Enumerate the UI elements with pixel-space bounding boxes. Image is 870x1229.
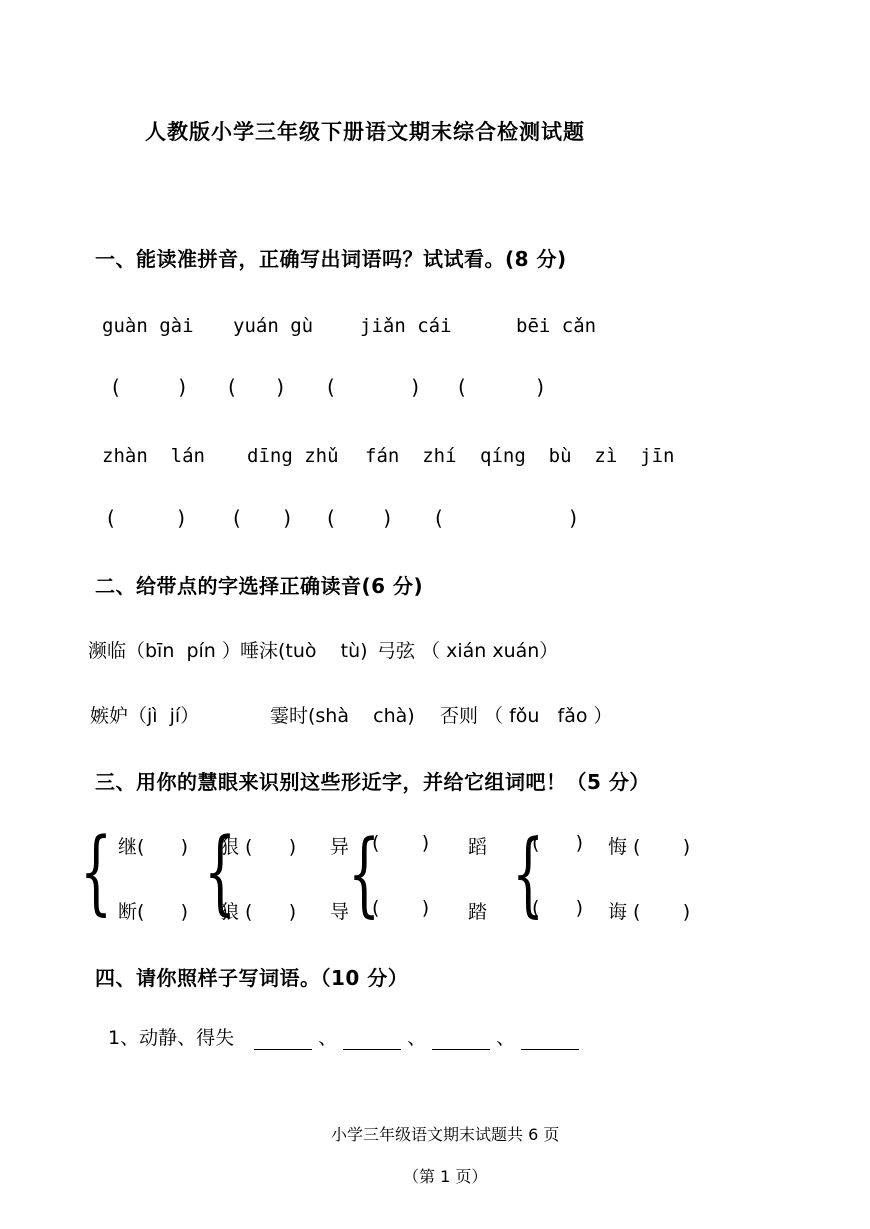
close-paren: ) bbox=[276, 375, 284, 399]
phonetic-choice: 濒临（bīn pín ） bbox=[88, 636, 241, 663]
answer-blank: ( ) bbox=[435, 506, 577, 530]
close-paren: ) bbox=[383, 506, 391, 530]
close-paren: ) bbox=[411, 375, 419, 399]
compare-char-parens: ( ) bbox=[532, 897, 583, 919]
compare-char: 踏 bbox=[468, 897, 487, 924]
open-paren: ( bbox=[458, 375, 466, 399]
pinyin-word: qíng bù zì jīn bbox=[480, 445, 674, 467]
open-paren: ( bbox=[327, 375, 335, 399]
brace-icon: { bbox=[80, 826, 112, 918]
write-words-line: 1、动静、得失 、 、 、 bbox=[108, 1024, 585, 1050]
open-paren: ( bbox=[107, 506, 115, 530]
phonetic-choice: 否则 （ fǒu fǎo ） bbox=[440, 701, 613, 728]
section2-heading: 二、给带点的字选择正确读音(6 分) bbox=[95, 570, 423, 599]
open-paren: ( bbox=[228, 375, 236, 399]
compare-char-cell: 断( ) bbox=[118, 897, 188, 924]
close-paren: ) bbox=[569, 506, 577, 530]
open-paren: ( bbox=[327, 506, 335, 530]
close-paren: ) bbox=[177, 506, 185, 530]
exam-page: 人教版小学三年级下册语文期末综合检测试题 一、能读准拼音，正确写出词语吗？试试看… bbox=[0, 0, 870, 1229]
answer-underline bbox=[343, 1029, 401, 1050]
section1-heading: 一、能读准拼音，正确写出词语吗？试试看。(8 分) bbox=[95, 243, 567, 272]
phonetic-choice: 霎时(shà chà) bbox=[270, 701, 415, 728]
pinyin-word: bēi cǎn bbox=[516, 315, 596, 337]
compare-char-cell: 诲 ( ) bbox=[608, 897, 690, 924]
list-separator: 、 bbox=[318, 1023, 337, 1050]
compare-char-cell: 狠 ( ) bbox=[220, 832, 296, 859]
close-paren: ) bbox=[536, 375, 544, 399]
answer-blank: ( ) bbox=[233, 506, 291, 530]
pinyin-word: jiǎn cái bbox=[360, 315, 452, 337]
answer-underline bbox=[432, 1029, 490, 1050]
compare-char-parens: ( ) bbox=[372, 832, 429, 854]
pinyin-word: dīng zhǔ bbox=[247, 445, 339, 467]
compare-char-cell: 继( ) bbox=[118, 832, 188, 859]
pinyin-word: guàn gài bbox=[102, 315, 194, 337]
answer-blank: ( ) bbox=[107, 506, 185, 530]
open-paren: ( bbox=[233, 506, 241, 530]
compare-char-parens: ( ) bbox=[372, 897, 429, 919]
section3-heading: 三、用你的慧眼来识别这些形近字，并给它组词吧！（5 分） bbox=[95, 766, 650, 795]
answer-underline bbox=[521, 1029, 579, 1050]
answer-blank: ( ) bbox=[327, 375, 419, 399]
open-paren: ( bbox=[435, 506, 443, 530]
close-paren: ) bbox=[178, 375, 186, 399]
open-paren: ( bbox=[112, 375, 120, 399]
answer-underline bbox=[254, 1029, 312, 1050]
page-footer: 小学三年级语文期末试题共 6 页 （第 1 页） bbox=[0, 1103, 870, 1206]
answer-blank: ( ) bbox=[112, 375, 186, 399]
answer-blank: ( ) bbox=[327, 506, 391, 530]
phonetic-choice: 弓弦 （ xián xuán） bbox=[377, 636, 558, 663]
footer-doc-info: 小学三年级语文期末试题共 6 页 bbox=[331, 1125, 559, 1144]
write-words-label: 1、动静、得失 bbox=[108, 1023, 234, 1050]
compare-char: 蹈 bbox=[468, 832, 487, 859]
answer-blank: ( ) bbox=[228, 375, 284, 399]
answer-blank: ( ) bbox=[458, 375, 544, 399]
compare-char: 导 bbox=[330, 897, 349, 924]
compare-char-cell: 狼 ( ) bbox=[220, 897, 296, 924]
phonetic-choice: 唾沫(tuò tù) bbox=[240, 636, 368, 663]
pinyin-word: yuán gù bbox=[233, 315, 313, 337]
section4-heading: 四、请你照样子写词语。（10 分） bbox=[95, 962, 408, 991]
list-separator: 、 bbox=[407, 1023, 426, 1050]
pinyin-word: zhàn lán bbox=[102, 445, 205, 467]
list-separator: 、 bbox=[496, 1023, 515, 1050]
page-title: 人教版小学三年级下册语文期末综合检测试题 bbox=[145, 116, 585, 146]
close-paren: ) bbox=[283, 506, 291, 530]
compare-char-cell: 悔 ( ) bbox=[608, 832, 690, 859]
compare-char: 异 bbox=[330, 832, 349, 859]
phonetic-choice: 嫉妒（jì jí） bbox=[90, 701, 199, 728]
footer-page-number: （第 1 页） bbox=[403, 1167, 487, 1186]
pinyin-word: fán zhí bbox=[365, 445, 457, 467]
compare-char-parens: ( ) bbox=[532, 832, 583, 854]
